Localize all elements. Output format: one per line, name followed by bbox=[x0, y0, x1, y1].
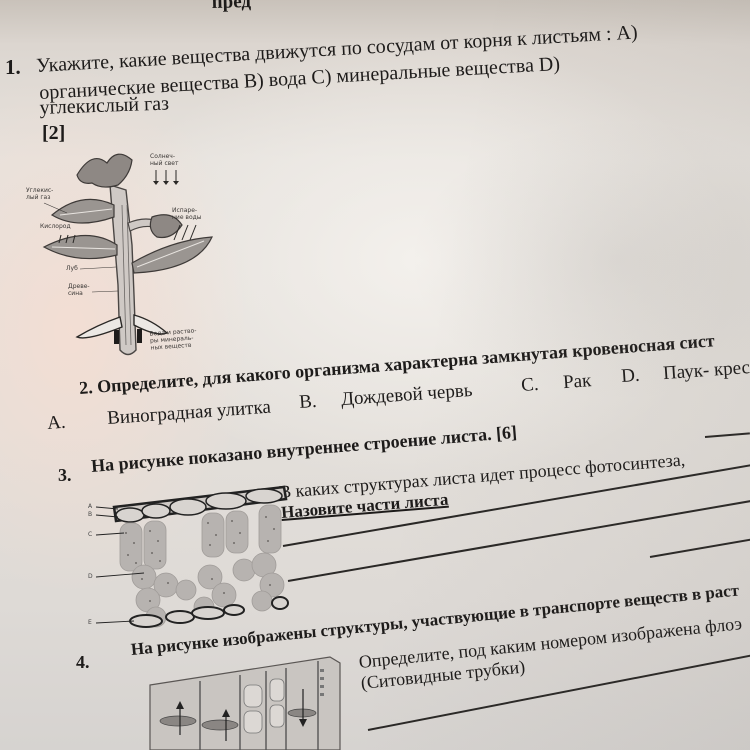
plant-transport-diagram: Солнеч- ный свет Углекис- лый газ Испаре… bbox=[22, 145, 242, 365]
label-sunlight: Солнеч- ный свет bbox=[150, 153, 179, 167]
leaf-cross-section-diagram: A B C D E bbox=[84, 485, 294, 630]
question-2-number: 2. bbox=[78, 377, 93, 398]
question-4-number: 4. bbox=[76, 652, 90, 673]
label-bast: Луб bbox=[66, 265, 78, 272]
leaf-label-a: A bbox=[88, 503, 92, 510]
question-1-text-line3: углекислый газ bbox=[39, 92, 169, 120]
label-evaporation: Испаре- ние воды bbox=[172, 207, 202, 221]
question-2-option-a[interactable]: A. bbox=[46, 409, 107, 435]
label-oxygen: Кислород bbox=[40, 223, 71, 230]
question-1-points: [2] bbox=[42, 122, 65, 145]
leaf-label-d: D bbox=[88, 573, 93, 580]
leaf-label-b: B bbox=[88, 511, 92, 518]
question-1-number: 1. bbox=[5, 55, 21, 80]
option-a-letter: A. bbox=[46, 409, 107, 435]
option-c-letter: C. bbox=[520, 372, 563, 397]
option-b-letter: B. bbox=[298, 389, 341, 414]
option-c-label: Рак bbox=[562, 370, 592, 393]
leaf-label-c: C bbox=[88, 531, 92, 538]
label-co2: Углекис- лый газ bbox=[26, 187, 53, 201]
leaf-label-e: E bbox=[88, 619, 92, 626]
label-water-minerals: Вода и раство- ры минераль- ных веществ bbox=[149, 327, 197, 351]
question-3-number: 3. bbox=[58, 465, 72, 486]
header-title: пред bbox=[211, 0, 251, 14]
label-wood: Древе- сина bbox=[68, 283, 90, 297]
vascular-tissue-diagram bbox=[140, 655, 360, 750]
option-d-letter: D. bbox=[620, 363, 663, 388]
